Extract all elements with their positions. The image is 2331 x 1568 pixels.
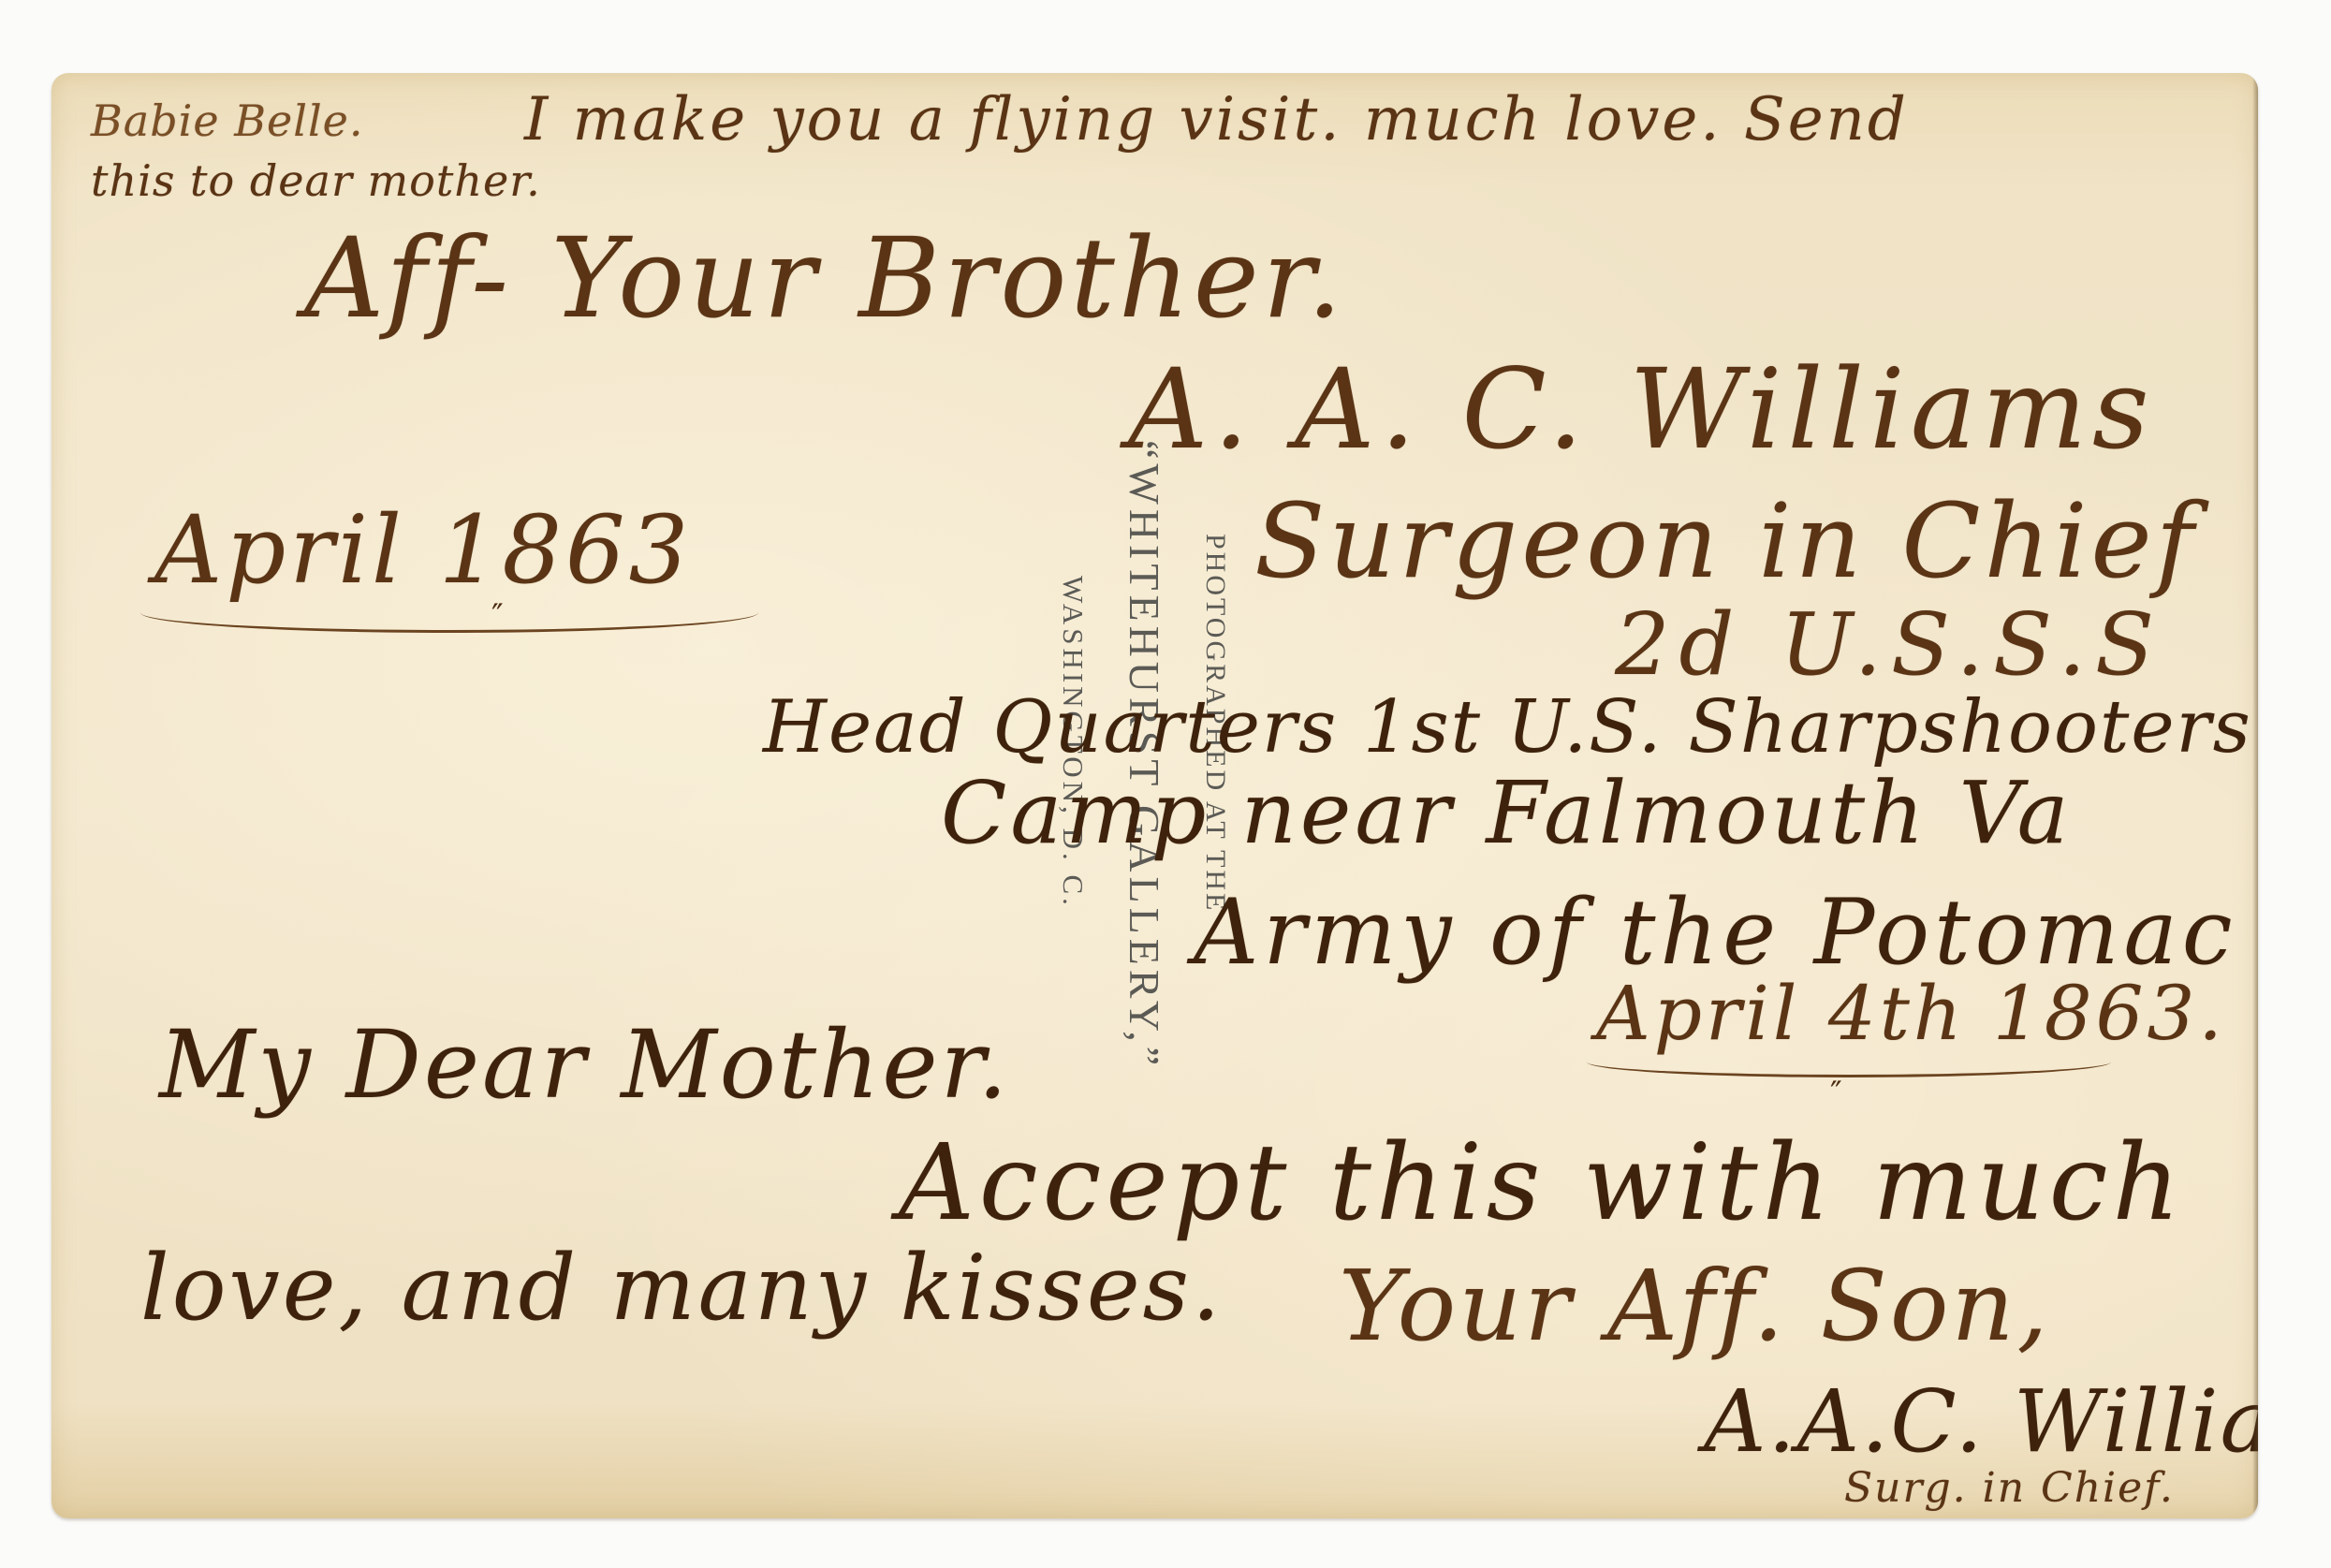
header-name: A. A. C. Williams bbox=[1128, 354, 2155, 464]
header-headquarters: Head Quarters 1st U.S. Sharpshooters. bbox=[763, 691, 2258, 764]
ditto-mark-left: ″ bbox=[491, 597, 504, 635]
left-date-underline bbox=[140, 593, 758, 633]
signature-name: A.A.C. Williams bbox=[1704, 1379, 2258, 1465]
header-date: April 4th 1863. bbox=[1596, 976, 2226, 1051]
header-unit: 2d U.S.S.S bbox=[1615, 602, 2163, 688]
ditto-mark-right: ″ bbox=[1830, 1075, 1842, 1112]
closing-your-son: Your Aff. Son, bbox=[1339, 1257, 2051, 1355]
header-title: Surgeon in Chief bbox=[1254, 490, 2197, 593]
margin-note-line1: I make you a flying visit. much love. Se… bbox=[524, 90, 1909, 150]
salutation: My Dear Mother. bbox=[159, 1018, 1010, 1112]
margin-note-salutation: Babie Belle. bbox=[91, 99, 364, 142]
header-date-underline bbox=[1587, 1047, 2111, 1077]
signature-title: Surg. in Chief. bbox=[1844, 1468, 2175, 1509]
header-army: Army of the Potomac bbox=[1194, 887, 2236, 977]
margin-note-line2: this to dear mother. bbox=[91, 159, 541, 202]
body-line1: Accept this with much bbox=[899, 1131, 2185, 1236]
scan-background: PHOTOGRAPHED AT THE “WHITEHURST GALLERY,… bbox=[0, 0, 2331, 1568]
closing-your-brother: Aff- Your Brother. bbox=[304, 223, 1346, 333]
body-line2: love, and many kisses. bbox=[140, 1243, 1223, 1333]
photograph-card-back: PHOTOGRAPHED AT THE “WHITEHURST GALLERY,… bbox=[51, 73, 2258, 1518]
left-date: April 1863 bbox=[154, 504, 692, 597]
header-camp: Camp near Falmouth Va bbox=[941, 770, 2072, 857]
